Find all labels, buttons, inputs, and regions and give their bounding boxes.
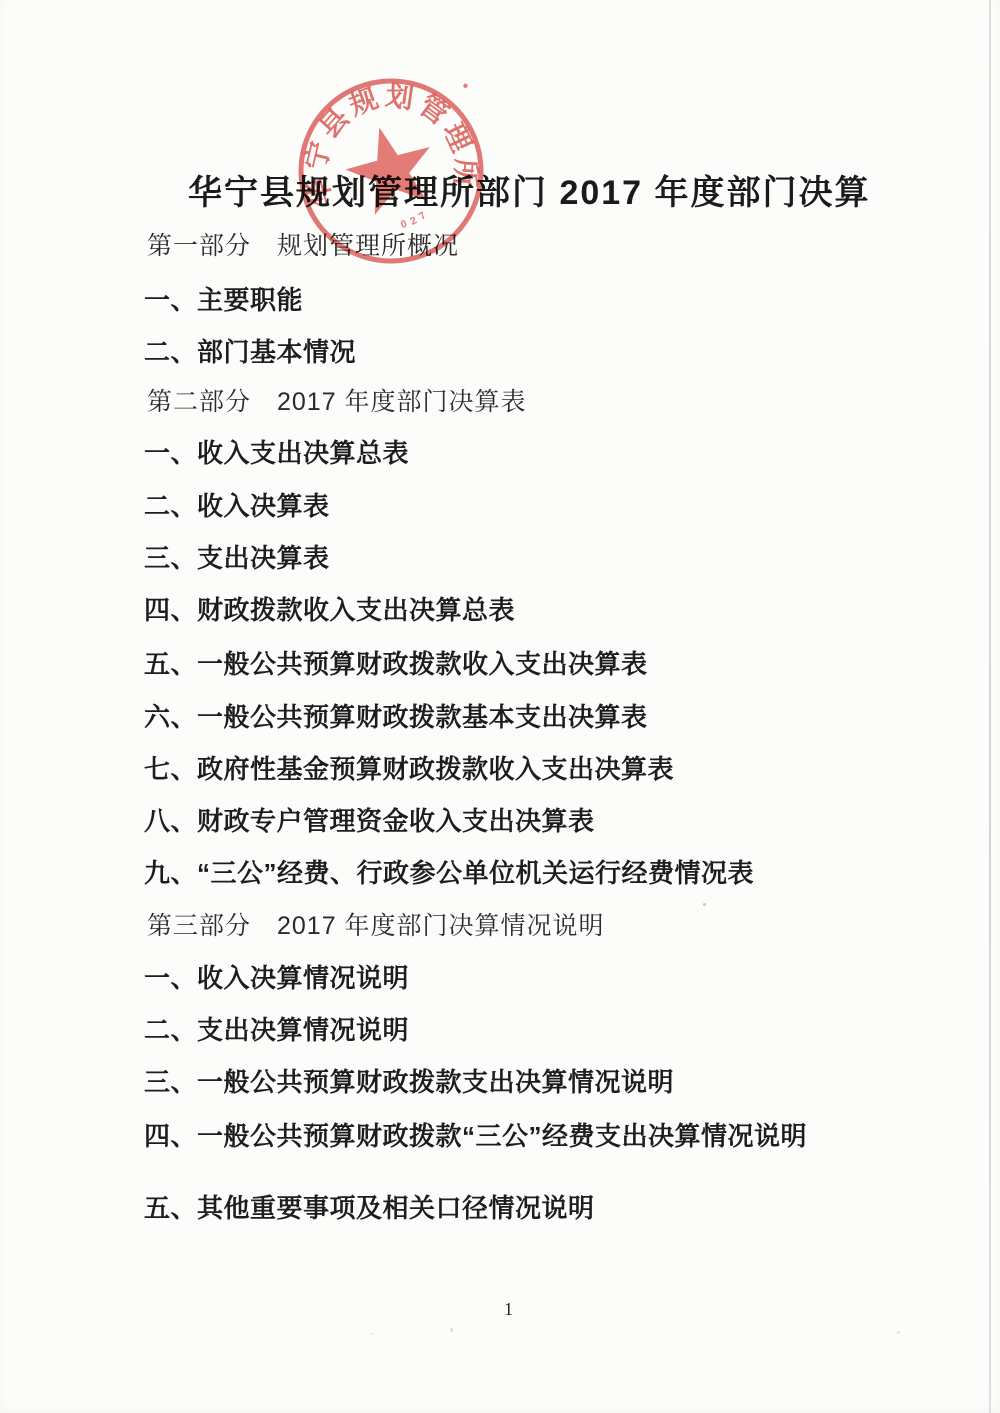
toc-item: 八、财政专户管理资金收入支出决算表 <box>144 807 595 837</box>
page-number: 1 <box>504 1299 513 1320</box>
toc-item: 三、支出决算表 <box>144 544 330 574</box>
toc-item: 一、主要职能 <box>144 286 303 316</box>
toc-item: 九、“三公”经费、行政参公单位机关运行经费情况表 <box>144 859 754 889</box>
toc-item: 五、其他重要事项及相关口径情况说明 <box>144 1194 595 1224</box>
dust-speck <box>371 1333 373 1335</box>
seal-ink-speck <box>463 83 468 88</box>
toc-item: 五、一般公共预算财政拨款收入支出决算表 <box>144 650 648 680</box>
toc-item: 七、政府性基金预算财政拨款收入支出决算表 <box>144 755 674 785</box>
toc-item: 四、一般公共预算财政拨款“三公”经费支出决算情况说明 <box>144 1122 807 1152</box>
dust-speck <box>450 1328 453 1332</box>
toc-item: 六、一般公共预算财政拨款基本支出决算表 <box>144 703 648 733</box>
toc-item: 一、收入支出决算总表 <box>144 439 409 469</box>
toc-item: 二、部门基本情况 <box>144 338 356 368</box>
toc-item: 四、财政拨款收入支出决算总表 <box>144 596 515 626</box>
toc-item: 一、收入决算情况说明 <box>144 964 409 994</box>
toc-item: 三、一般公共预算财政拨款支出决算情况说明 <box>144 1068 674 1098</box>
scan-edge-line <box>989 0 991 1413</box>
toc-item: 二、收入决算表 <box>144 492 330 522</box>
document-page: 华宁县规划管理所部门 2017 年度部门决算 第一部分 规划管理所概况 一、主要… <box>0 0 1000 1413</box>
toc-part-heading: 第二部分 2017 年度部门决算表 <box>147 388 527 417</box>
toc-part-heading: 第一部分 规划管理所概况 <box>147 232 459 261</box>
dust-speck <box>703 903 706 906</box>
dust-speck <box>897 1331 900 1334</box>
document-title: 华宁县规划管理所部门 2017 年度部门决算 <box>188 174 871 213</box>
toc-item: 二、支出决算情况说明 <box>144 1016 409 1046</box>
toc-part-heading: 第三部分 2017 年度部门决算情况说明 <box>147 912 605 941</box>
